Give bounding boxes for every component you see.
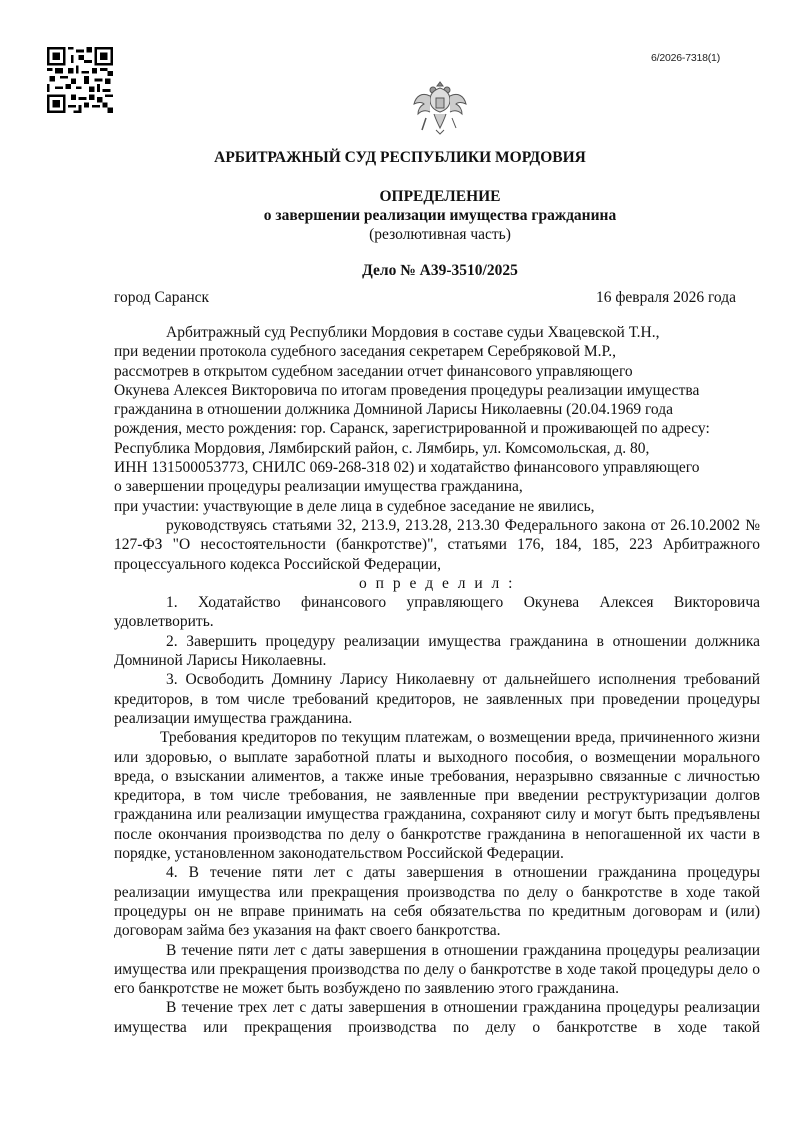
intro-line: при участии: участвующие в деле лица в с… (114, 497, 736, 516)
document-body: Арбитражный суд Республики Мордовия в со… (114, 323, 760, 1037)
case-number: Дело № А39-3510/2025 (0, 262, 800, 280)
court-name: АРБИТРАЖНЫЙ СУД РЕСПУБЛИКИ МОРДОВИЯ (0, 149, 800, 167)
qr-code-icon (47, 47, 113, 113)
intro-line: рассмотрев в открытом судебном заседании… (114, 362, 736, 381)
intro-line: о завершении процедуры реализации имущес… (114, 477, 736, 496)
document-subject: о завершении реализации имущества гражда… (0, 207, 800, 225)
document-number: 6/2026-7318(1) (651, 52, 720, 64)
ruling-paragraph-five-years: В течение пяти лет с даты завершения в о… (114, 941, 760, 999)
ruling-item-2: 2. Завершить процедуру реализации имущес… (114, 632, 760, 671)
intro-line: гражданина в отношении должника Домниной… (114, 400, 736, 419)
intro-line: Арбитражный суд Республики Мордовия в со… (114, 323, 736, 342)
intro-line: при ведении протокола судебного заседани… (114, 342, 736, 361)
intro-line: Окунева Алексея Викторовича по итогам пр… (114, 381, 736, 400)
city: город Саранск (114, 289, 209, 307)
coat-of-arms-icon (412, 78, 468, 136)
document-part: (резолютивная часть) (0, 226, 800, 244)
ruling-paragraph-three-years: В течение трех лет с даты завершения в о… (114, 998, 760, 1037)
ruling-heading: о п р е д е л и л : (114, 574, 760, 593)
intro-block: Арбитражный суд Республики Мордовия в со… (114, 323, 736, 516)
document-type: ОПРЕДЕЛЕНИЕ (0, 188, 800, 206)
ruling-paragraph-creditor-claims: Требования кредиторов по текущим платежа… (114, 728, 760, 863)
legal-basis: руководствуясь статьями 32, 213.9, 213.2… (114, 516, 760, 574)
ruling-item-3: 3. Освободить Домнину Ларису Николаевну … (114, 670, 760, 728)
ruling-item-1: 1. Ходатайство финансового управляющего … (114, 593, 760, 632)
ruling-item-4: 4. В течение пяти лет с даты завершения … (114, 863, 760, 940)
intro-line: рождения, место рождения: гор. Саранск, … (114, 419, 736, 438)
intro-line: Республика Мордовия, Лямбирский район, с… (114, 439, 736, 458)
intro-line: ИНН 131500053773, СНИЛС 069-268-318 02) … (114, 458, 736, 477)
document-date: 16 февраля 2026 года (596, 289, 736, 307)
